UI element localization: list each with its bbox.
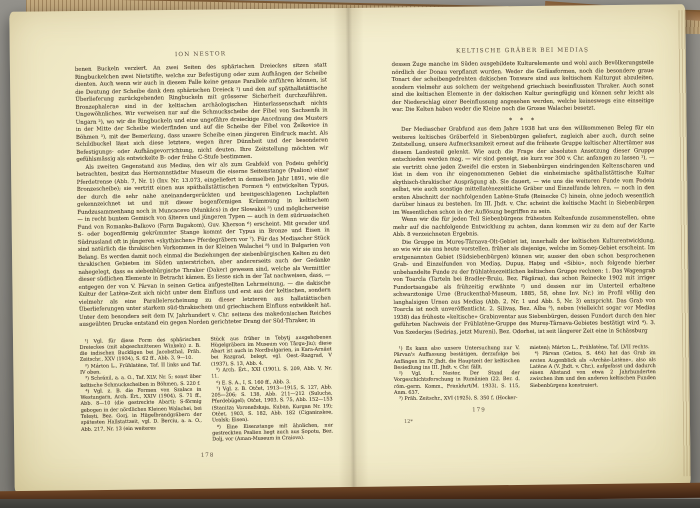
paragraph: dessen Zuge manche im Süden ausgebildete…: [392, 60, 654, 114]
paragraph: Wenn wir die für jeden Teil Siebenbürgen…: [393, 215, 655, 239]
left-running-head: ION NESTOR: [75, 49, 327, 59]
left-page-text: benen Buckeln verziert. An zwei Seiten d…: [75, 62, 332, 329]
left-page-number: 178: [82, 450, 334, 460]
footnote-column-left: ¹) Vgl. für diese Form des sphärischen D…: [79, 336, 202, 445]
section-ornament: * * *: [392, 116, 654, 125]
footnote: Stück aus früher in Tebytj ausgehobenen …: [210, 334, 332, 368]
footnote: ³) Präh. Zeitschr., XVI (1925), S. 350 f…: [394, 395, 520, 402]
paragraph: benen Buckeln verziert. An zwei Seiten d…: [75, 62, 329, 164]
open-book-pages: ION NESTOR benen Buckeln verziert. An zw…: [9, 4, 690, 494]
gutter-shadow: [334, 8, 369, 490]
paragraph: Der Mediascher Grabfund aus dem Jahre 19…: [392, 125, 655, 217]
book-photo: ION NESTOR benen Buckeln verziert. An zw…: [0, 0, 700, 508]
footnote-column-left: ¹) Es kann also unsere Untersuchung nur …: [394, 345, 520, 403]
footnote-column-right: Stück aus früher in Tebytj ausgehobenen …: [210, 334, 333, 443]
footnote: ⁴) Vgl. z. B. die Formen von Szalacs in …: [80, 387, 202, 433]
right-page-footer: 12* 179: [394, 406, 656, 430]
footnote: ⁴) Pârvan (Getica, S. 464) hat das Grab …: [530, 350, 656, 389]
paragraph: Als zweiten Gegenstand aus Mediaș, den w…: [76, 160, 331, 329]
printer-signature: 12*: [404, 418, 413, 424]
footnote-column-right: mieten); Márton L., Frühlatène, Taf. LVI…: [530, 344, 656, 402]
page-fore-edge: [678, 10, 690, 476]
footnote: ¹) Vgl. für diese Form des sphärischen D…: [79, 336, 200, 363]
right-page: KELTISCHE GRÄBER BEI MEDIAȘ dessen Zuge …: [392, 47, 657, 429]
footnote: ²) Vgl. I. Nestor, Der Stand der Vorgesc…: [394, 370, 520, 396]
left-page-footnotes: ¹) Vgl. für diese Form des sphärischen D…: [79, 334, 333, 445]
footnote: ¹) Es kann also unsere Untersuchung nur …: [394, 345, 520, 371]
paragraph: Die Gruppe im Mureș-Târnava-Olt-Gebiet i…: [393, 238, 656, 337]
bottom-shadow: [0, 499, 700, 508]
right-running-head: KELTISCHE GRÄBER BEI MEDIAȘ: [392, 47, 654, 55]
footnote: ⁸) Eine Eisenstange mit ähnlichen, nur g…: [212, 422, 333, 443]
left-page: ION NESTOR benen Buckeln verziert. An zw…: [75, 49, 334, 460]
right-page-footnotes: ¹) Es kann also unsere Untersuchung nur …: [394, 344, 656, 402]
right-page-text: dessen Zuge manche im Süden ausgebildete…: [392, 60, 656, 337]
right-page-number: 179: [472, 407, 486, 413]
footnote: ⁷) Vgl. z. B. Otčet, 1913—1915, S. 127, …: [211, 384, 333, 424]
